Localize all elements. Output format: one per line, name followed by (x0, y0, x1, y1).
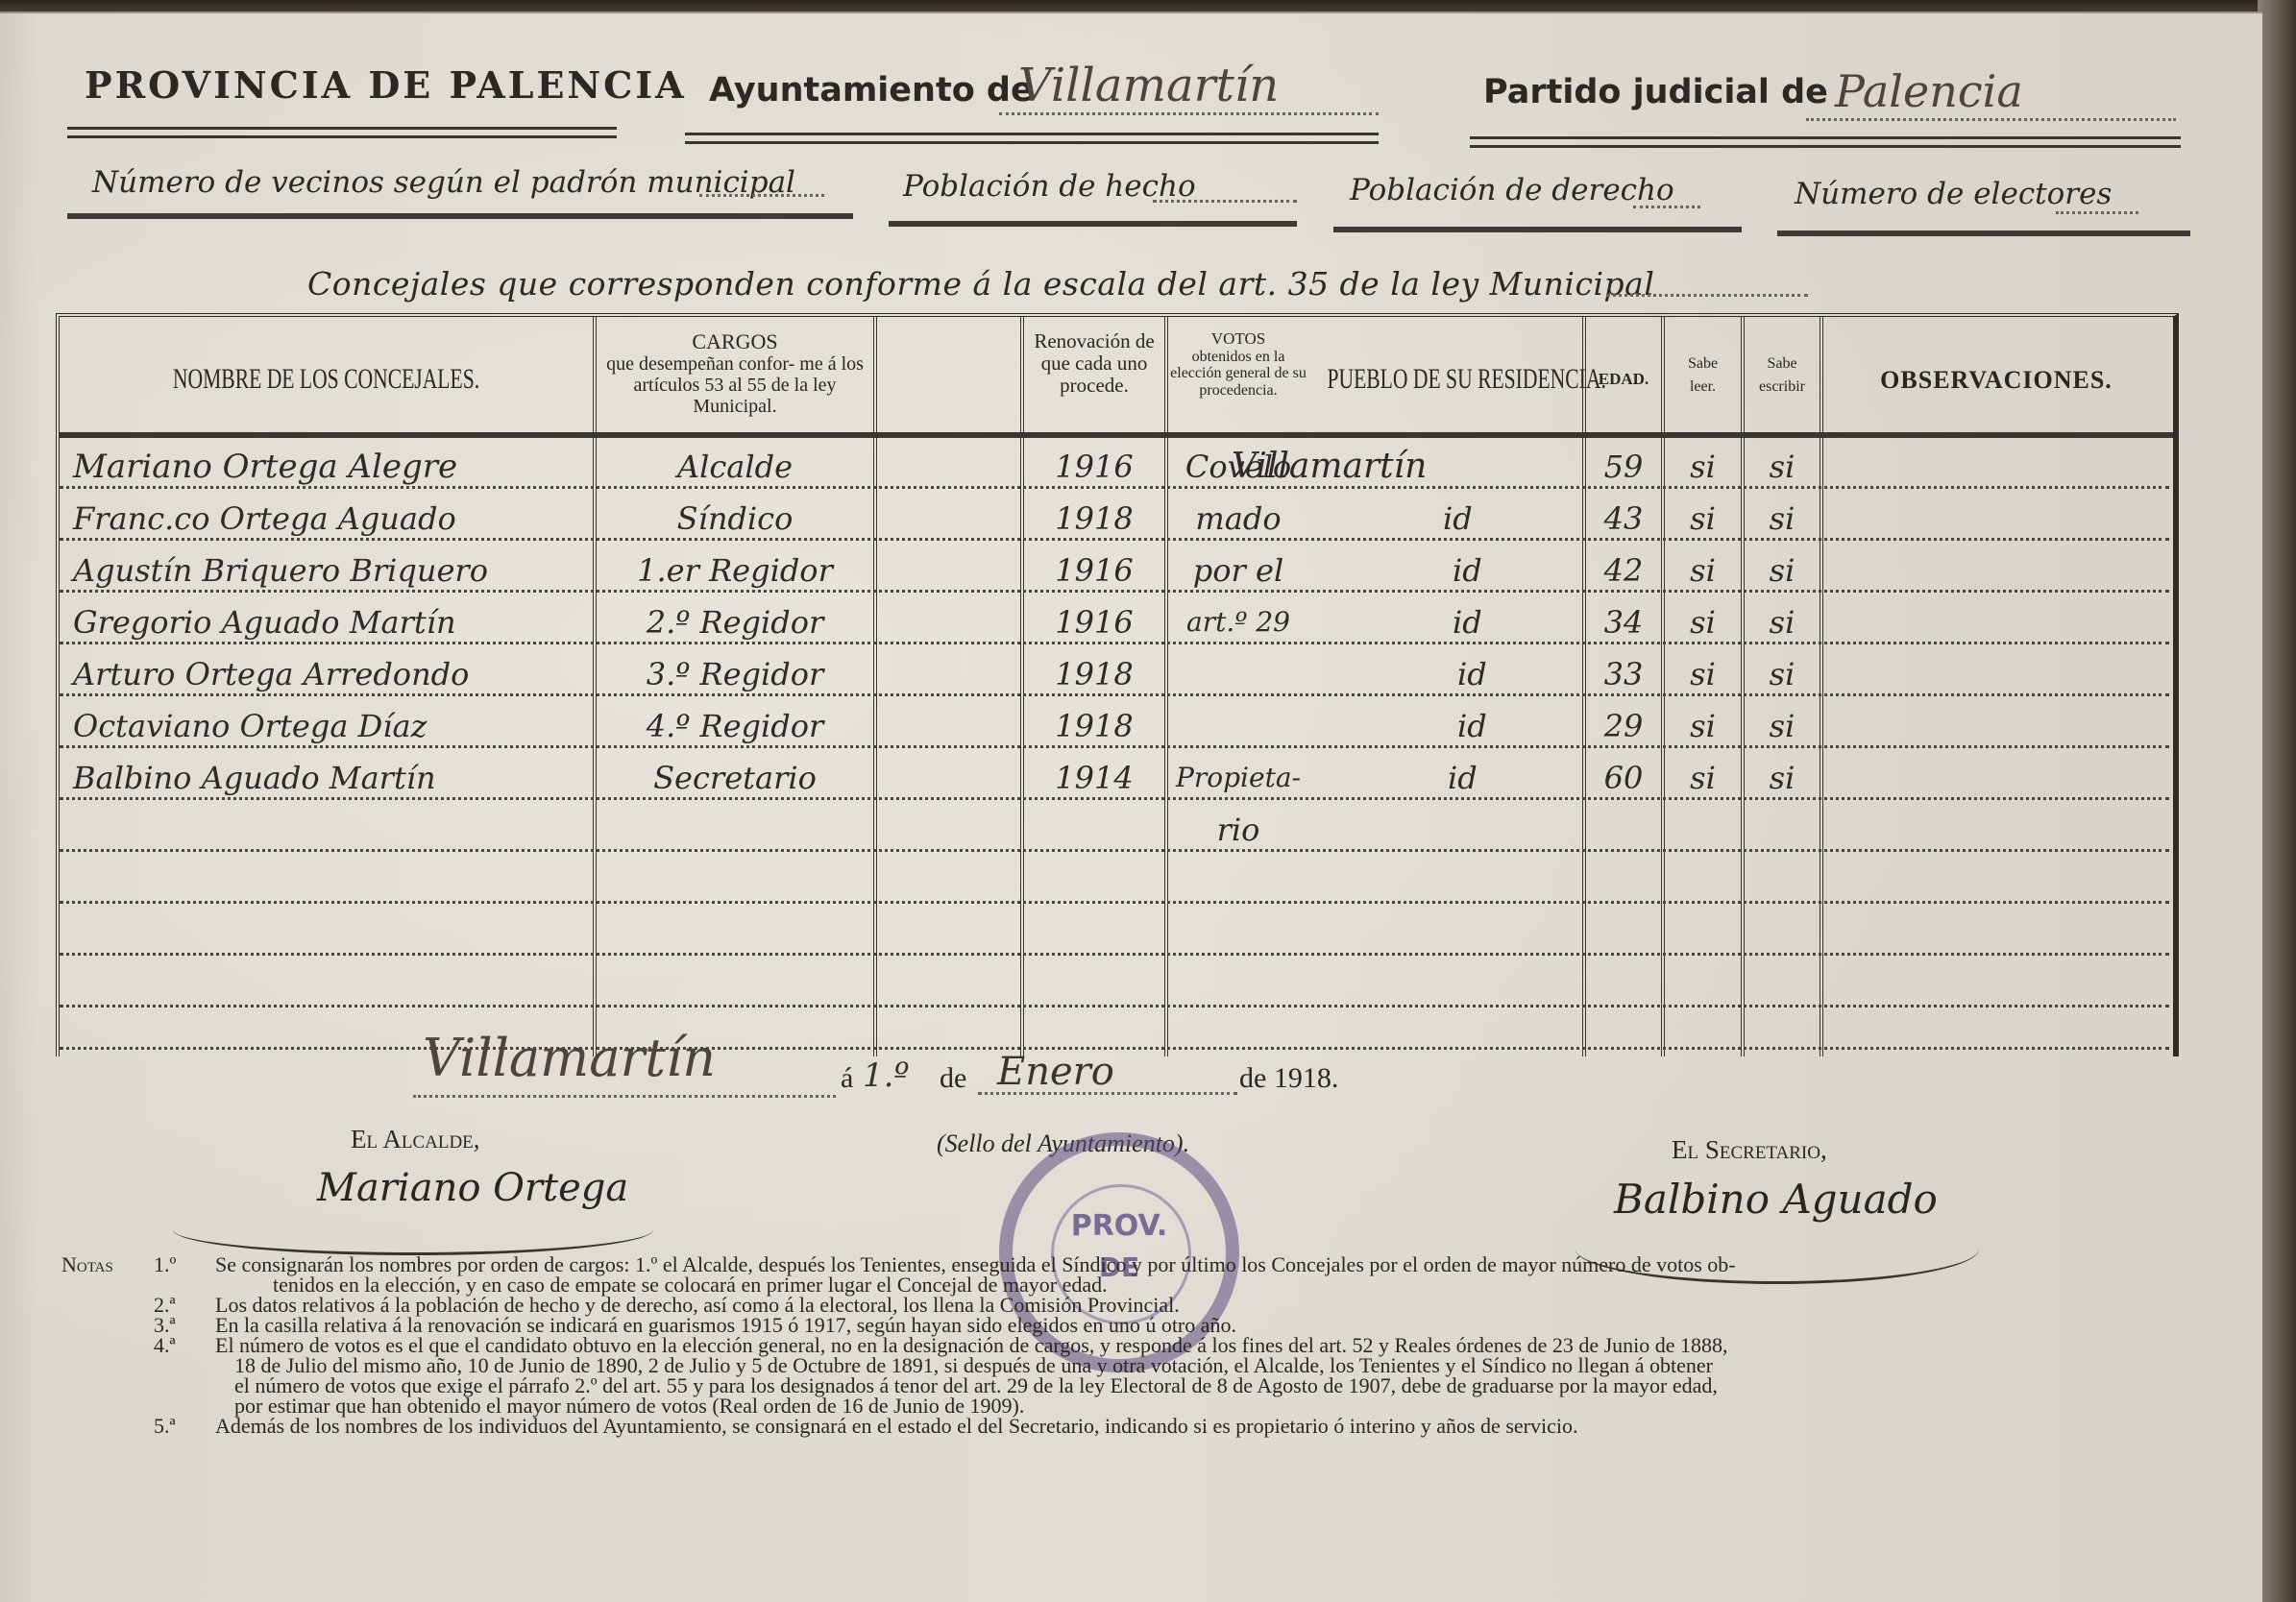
note-3: 3.ª En la casilla relativa á la renovaci… (61, 1315, 2204, 1335)
poblacion-hecho-field[interactable] (1153, 190, 1297, 203)
header-edad: EDAD. (1586, 371, 1661, 389)
cell-nombre[interactable] (73, 957, 592, 1008)
vecinos-label: Número de vecinos según el padrón munici… (92, 165, 795, 200)
alcalde-label: El Alcalde, (351, 1125, 480, 1154)
ayuntamiento-underline (685, 133, 1379, 144)
date-place-field[interactable]: Villamartín (413, 1030, 845, 1097)
note-line: Se consignarán los nombres por orden de … (215, 1254, 2204, 1274)
header-leer-1: Sabe (1665, 355, 1741, 373)
row-dotted-line (60, 642, 2169, 644)
cell-observaciones[interactable] (1823, 542, 2169, 594)
cell-observaciones[interactable] (1823, 905, 2169, 957)
row-dotted-line (60, 486, 2169, 489)
cell-renovacion[interactable]: 1918 (1024, 490, 1164, 542)
concejales-escala-label: Concejales que corresponden conforme á l… (307, 265, 1654, 303)
cell-leer[interactable]: si (1665, 645, 1741, 697)
cell-nombre[interactable]: Octaviano Ortega Díaz (73, 697, 592, 749)
note-1: 1.º Se consignarán los nombres por orden… (61, 1254, 2204, 1295)
cell-edad[interactable]: 59 (1586, 438, 1661, 490)
cell-renovacion[interactable]: 1916 (1024, 542, 1164, 594)
cell-observaciones[interactable] (1823, 645, 2169, 697)
cell-nombre[interactable] (73, 853, 592, 905)
document-page: PROVINCIA DE PALENCIA Ayuntamiento de Vi… (0, 12, 2262, 1602)
cell-cargo[interactable]: Alcalde (598, 438, 872, 490)
header-cargos: CARGOS que desempeñan confor- me á los a… (597, 330, 873, 417)
ayuntamiento-field[interactable]: Villamartín (999, 61, 1379, 115)
note-line: tenidos en la elección, y en caso de emp… (215, 1274, 2204, 1295)
stamp-center-text-1: PROV. (1013, 1209, 1226, 1243)
cell-nombre[interactable] (73, 905, 592, 957)
note-number: 3.ª (154, 1315, 176, 1335)
cell-observaciones[interactable] (1823, 801, 2169, 853)
note-line: Además de los nombres de los individuos … (215, 1416, 2204, 1436)
header-renovacion: Renovación de que cada uno procede. (1024, 330, 1164, 397)
poblacion-derecho-field[interactable] (1633, 196, 1700, 208)
cell-renovacion[interactable]: 1918 (1024, 645, 1164, 697)
date-a-label: á (841, 1062, 853, 1095)
note-line: por estimar que han obtenido el mayor nú… (215, 1396, 2204, 1416)
table-row[interactable] (60, 905, 2173, 957)
partido-label: Partido judicial de (1483, 73, 1828, 111)
table-row[interactable]: Franc.co Ortega Aguado Síndico 1918 mado… (60, 490, 2173, 542)
partido-underline (1470, 136, 2181, 148)
cell-renovacion[interactable] (1024, 801, 1164, 853)
electores-field[interactable] (2056, 202, 2138, 214)
note-2: 2.ª Los datos relativos á la población d… (61, 1295, 2204, 1315)
row-dotted-line (60, 693, 2169, 696)
header-escribir-2: escribir (1745, 378, 1820, 396)
row-dotted-line (60, 849, 2169, 852)
header-votos-title: VOTOS (1168, 330, 1308, 349)
cell-escribir[interactable]: si (1745, 697, 1820, 749)
row-dotted-line (60, 1047, 2169, 1050)
note-number: 5.ª (154, 1416, 176, 1436)
vecinos-underline (67, 213, 853, 219)
row-dotted-line (60, 797, 2169, 800)
cell-edad[interactable]: 29 (1586, 697, 1661, 749)
date-year-label: de 1918. (1239, 1062, 1338, 1095)
vecinos-field[interactable] (699, 184, 824, 197)
poblacion-hecho-label: Población de hecho (903, 169, 1196, 204)
row-dotted-line (60, 538, 2169, 541)
cell-cargo[interactable]: 3.º Regidor (598, 645, 872, 697)
note-line: El número de votos es el que el candidat… (215, 1335, 2204, 1355)
cell-observaciones[interactable] (1823, 594, 2169, 645)
cell-renovacion[interactable]: 1914 (1024, 749, 1164, 801)
header-cargos-title: CARGOS (597, 330, 873, 353)
cell-escribir[interactable] (1745, 801, 1820, 853)
row-dotted-line (60, 745, 2169, 748)
cell-renovacion[interactable]: 1916 (1024, 438, 1164, 490)
note-line: el número de votos que exige el párrafo … (215, 1375, 2204, 1396)
cell-nombre[interactable]: Balbino Aguado Martín (73, 749, 592, 801)
date-place-dots (413, 1095, 836, 1098)
cell-nombre[interactable]: Agustín Briquero Briquero (73, 542, 592, 594)
header-escribir: Sabe escribir (1745, 355, 1820, 395)
table-row[interactable] (60, 853, 2173, 905)
cell-observaciones[interactable] (1823, 438, 2169, 490)
cell-observaciones[interactable] (1823, 1008, 2169, 1060)
cell-observaciones[interactable] (1823, 749, 2169, 801)
cell-cargo[interactable]: 1.er Regidor (598, 542, 872, 594)
cell-nombre[interactable]: Arturo Ortega Arredondo (73, 645, 592, 697)
header-nombre-text: NOMBRE DE LOS CONCEJALES. (134, 363, 519, 395)
secretario-label: El Secretario, (1672, 1135, 1827, 1165)
cell-escribir[interactable]: si (1745, 594, 1820, 645)
cell-nombre[interactable] (73, 801, 592, 853)
cell-escribir[interactable]: si (1745, 645, 1820, 697)
cell-edad[interactable]: 42 (1586, 542, 1661, 594)
cell-edad[interactable]: 60 (1586, 749, 1661, 801)
alcalde-flourish (173, 1204, 653, 1255)
provincia-underline (67, 127, 617, 138)
cell-cargo[interactable] (598, 801, 872, 853)
header-escribir-1: Sabe (1745, 355, 1820, 373)
cell-observaciones[interactable] (1823, 697, 2169, 749)
note-number: 4.ª (154, 1335, 176, 1355)
concejales-escala-field[interactable] (1606, 284, 1808, 297)
header-leer: Sabe leer. (1665, 355, 1741, 395)
cell-edad[interactable]: 34 (1586, 594, 1661, 645)
row-dotted-line (60, 590, 2169, 593)
table-row[interactable]: Octaviano Ortega Díaz 4.º Regidor 1918 i… (60, 697, 2173, 749)
cell-renovacion[interactable]: 1918 (1024, 697, 1164, 749)
cell-leer[interactable]: si (1665, 594, 1741, 645)
table-row[interactable]: Gregorio Aguado Martín 2.º Regidor 1916 … (60, 594, 2173, 645)
header-pueblo: PUEBLO DE SU RESIDENCIA. (1168, 363, 1582, 395)
cell-cargo[interactable]: 2.º Regidor (598, 594, 872, 645)
cell-observaciones[interactable] (1823, 490, 2169, 542)
ayuntamiento-label: Ayuntamiento de (709, 71, 1034, 109)
cell-leer[interactable]: si (1665, 542, 1741, 594)
book-binding-right (2258, 0, 2296, 1602)
table-row[interactable]: Arturo Ortega Arredondo 3.º Regidor 1918… (60, 645, 2173, 697)
cell-nombre[interactable]: Mariano Ortega Alegre (73, 438, 592, 490)
cell-leer[interactable]: si (1665, 697, 1741, 749)
table-row[interactable] (60, 957, 2173, 1008)
header-pueblo-text: PUEBLO DE SU RESIDENCIA. (1226, 363, 1524, 395)
row-dotted-line (60, 953, 2169, 956)
electores-underline (1777, 231, 2190, 236)
cell-observaciones[interactable] (1823, 957, 2169, 1008)
note-line: Los datos relativos á la población de he… (215, 1295, 2204, 1315)
note-number: 1.º (154, 1254, 176, 1274)
cell-leer[interactable]: si (1665, 438, 1741, 490)
cell-leer[interactable]: si (1665, 490, 1741, 542)
cell-renovacion[interactable]: 1916 (1024, 594, 1164, 645)
cell-escribir[interactable]: si (1745, 438, 1820, 490)
poblacion-derecho-underline (1333, 227, 1742, 232)
cell-edad[interactable] (1586, 801, 1661, 853)
cell-escribir[interactable]: si (1745, 749, 1820, 801)
cell-nombre[interactable]: Franc.co Ortega Aguado (73, 490, 592, 542)
table-row[interactable]: rio (60, 801, 2173, 853)
note-4: 4.ª El número de votos es el que el cand… (61, 1335, 2204, 1416)
note-line: En la casilla relativa á la renovación s… (215, 1315, 2204, 1335)
concejales-table: NOMBRE DE LOS CONCEJALES. CARGOS que des… (56, 313, 2179, 1056)
row-dotted-line (60, 1005, 2169, 1007)
poblacion-derecho-label: Población de derecho (1350, 173, 1674, 207)
table-row[interactable]: Balbino Aguado Martín Secretario 1914 Pr… (60, 749, 2173, 801)
cell-leer[interactable] (1665, 801, 1741, 853)
cell-edad[interactable]: 43 (1586, 490, 1661, 542)
table-row[interactable]: Mariano Ortega Alegre Alcalde 1916 Covel… (60, 438, 2173, 490)
note-number: 2.ª (154, 1295, 176, 1315)
poblacion-hecho-underline (889, 221, 1297, 227)
date-de-label: de (940, 1062, 966, 1095)
row-dotted-line (60, 901, 2169, 904)
cell-leer[interactable]: si (1665, 749, 1741, 801)
note-line: 18 de Julio del mismo año, 10 de Junio d… (215, 1355, 2204, 1375)
note-5: 5.ª Además de los nombres de los individ… (61, 1416, 2204, 1436)
cell-pueblo[interactable] (1212, 801, 1582, 853)
cell-cargo[interactable]: 4.º Regidor (598, 697, 872, 749)
notes-section: Notas 1.º Se consignarán los nombres por… (61, 1254, 2204, 1436)
cell-nombre[interactable]: Gregorio Aguado Martín (73, 594, 592, 645)
header-leer-2: leer. (1665, 378, 1741, 396)
partido-field[interactable]: Palencia (1806, 67, 2176, 121)
cell-pueblo[interactable]: Villamartín (1212, 438, 1601, 490)
cell-cargo[interactable]: Secretario (598, 749, 872, 801)
cell-observaciones[interactable] (1823, 853, 2169, 905)
cell-cargo[interactable]: Síndico (598, 490, 872, 542)
provincia-title: PROVINCIA DE PALENCIA (85, 63, 687, 107)
header-cargos-sub: que desempeñan confor- me á los artículo… (597, 353, 873, 417)
cell-edad[interactable]: 33 (1586, 645, 1661, 697)
date-month-field[interactable]: Enero (978, 1051, 1237, 1095)
alcalde-signature: Mariano Ortega (317, 1166, 628, 1210)
header-nombre: NOMBRE DE LOS CONCEJALES. (60, 363, 593, 395)
cell-escribir[interactable]: si (1745, 542, 1820, 594)
cell-escribir[interactable]: si (1745, 490, 1820, 542)
date-day-field[interactable]: 1.º (863, 1056, 909, 1095)
header-observaciones: OBSERVACIONES. (1823, 367, 2169, 395)
table-row[interactable]: Agustín Briquero Briquero 1.er Regidor 1… (60, 542, 2173, 594)
